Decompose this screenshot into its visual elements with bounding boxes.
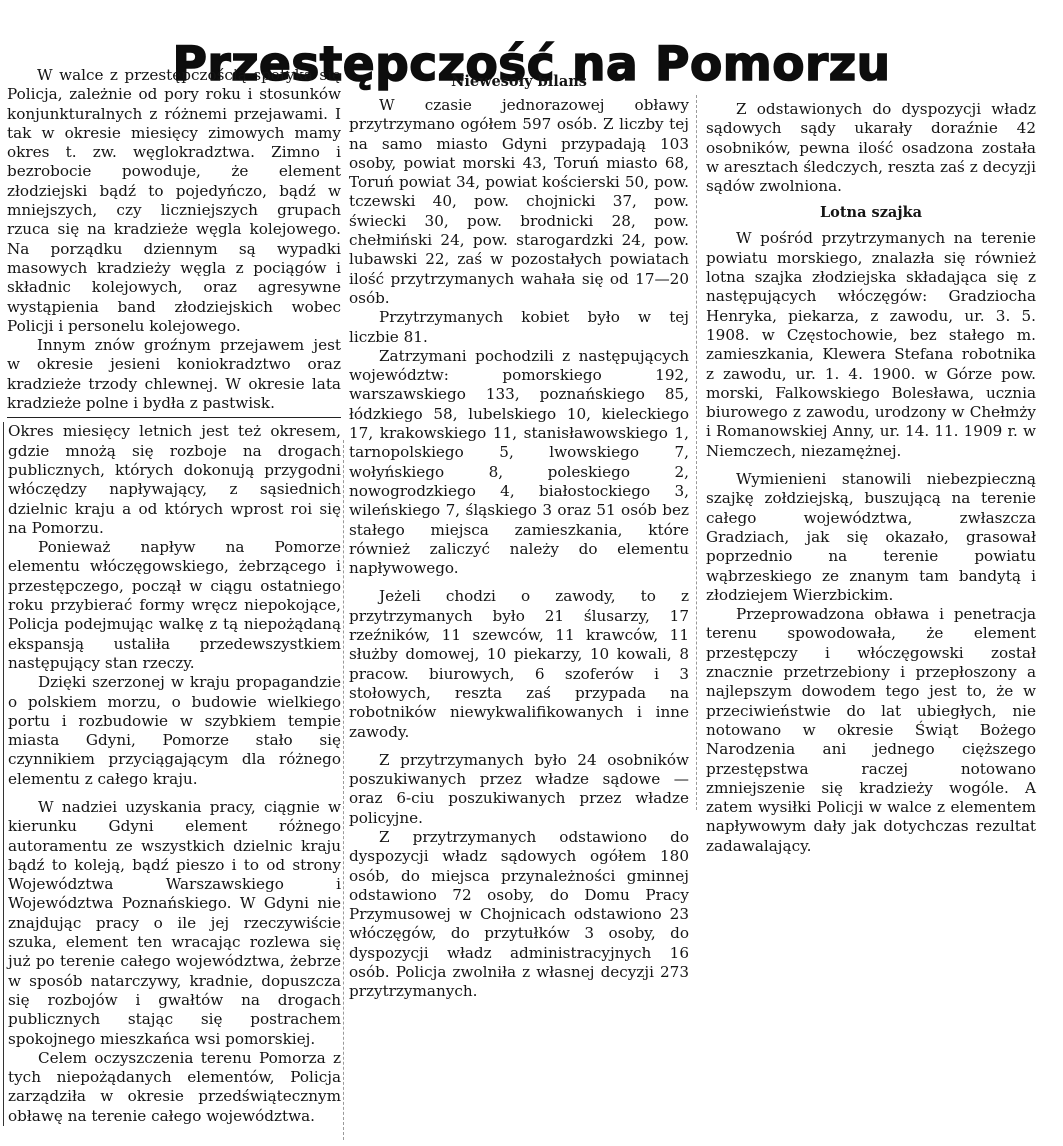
paragraph: Innym znów groźnym przejawem jest w okre… bbox=[7, 336, 341, 413]
paragraph: Z przytrzymanych odstawiono do dyspozycj… bbox=[349, 828, 689, 1002]
paragraph: Zatrzymani pochodzili z następujących wo… bbox=[349, 347, 689, 579]
paragraph: W nadziei uzyskania pracy, ciągnie w kie… bbox=[8, 798, 341, 1049]
paragraph: Dzięki szerzonej w kraju propagandzie o … bbox=[8, 673, 341, 789]
paragraph: Przeprowadzona obława i penetracja teren… bbox=[706, 605, 1036, 856]
middle-column: Niewesoły bilans W czasie jednorazowej o… bbox=[349, 75, 689, 1002]
left-column: W walce z przestępczością spotyka się Po… bbox=[7, 66, 341, 1126]
paragraph: Z odstawionych do dyspozycji władz sądow… bbox=[706, 100, 1036, 196]
paragraph: Z przytrzymanych było 24 osobników poszu… bbox=[349, 751, 689, 828]
paragraph: W czasie jednorazowej obławy przytrzyman… bbox=[349, 96, 689, 308]
column-divider bbox=[343, 440, 344, 1140]
column-divider bbox=[696, 95, 697, 810]
paragraph: W walce z przestępczością spotyka się Po… bbox=[7, 66, 341, 336]
paragraph: Przytrzymanych kobiet było w tej liczbie… bbox=[349, 308, 689, 347]
paragraph: Celem oczyszczenia terenu Pomorza z tych… bbox=[8, 1049, 341, 1126]
right-column: Z odstawionych do dyspozycji władz sądow… bbox=[706, 100, 1036, 856]
paragraph: Wymienieni stanowili niebezpieczną szajk… bbox=[706, 470, 1036, 605]
section-subheading: Niewesoły bilans bbox=[349, 72, 689, 92]
paragraph: Jeżeli chodzi o zawody, to z przytrzyman… bbox=[349, 587, 689, 741]
paragraph: W pośród przytrzymanych na terenie powia… bbox=[706, 229, 1036, 461]
paragraph: Ponieważ napływ na Pomorze elementu włóc… bbox=[8, 538, 341, 673]
boxed-section: Okres miesięcy letnich jest też okresem,… bbox=[3, 422, 341, 1126]
paragraph: Okres miesięcy letnich jest też okresem,… bbox=[8, 422, 341, 538]
horizontal-rule bbox=[7, 417, 341, 418]
section-subheading: Lotna szajka bbox=[706, 203, 1036, 223]
